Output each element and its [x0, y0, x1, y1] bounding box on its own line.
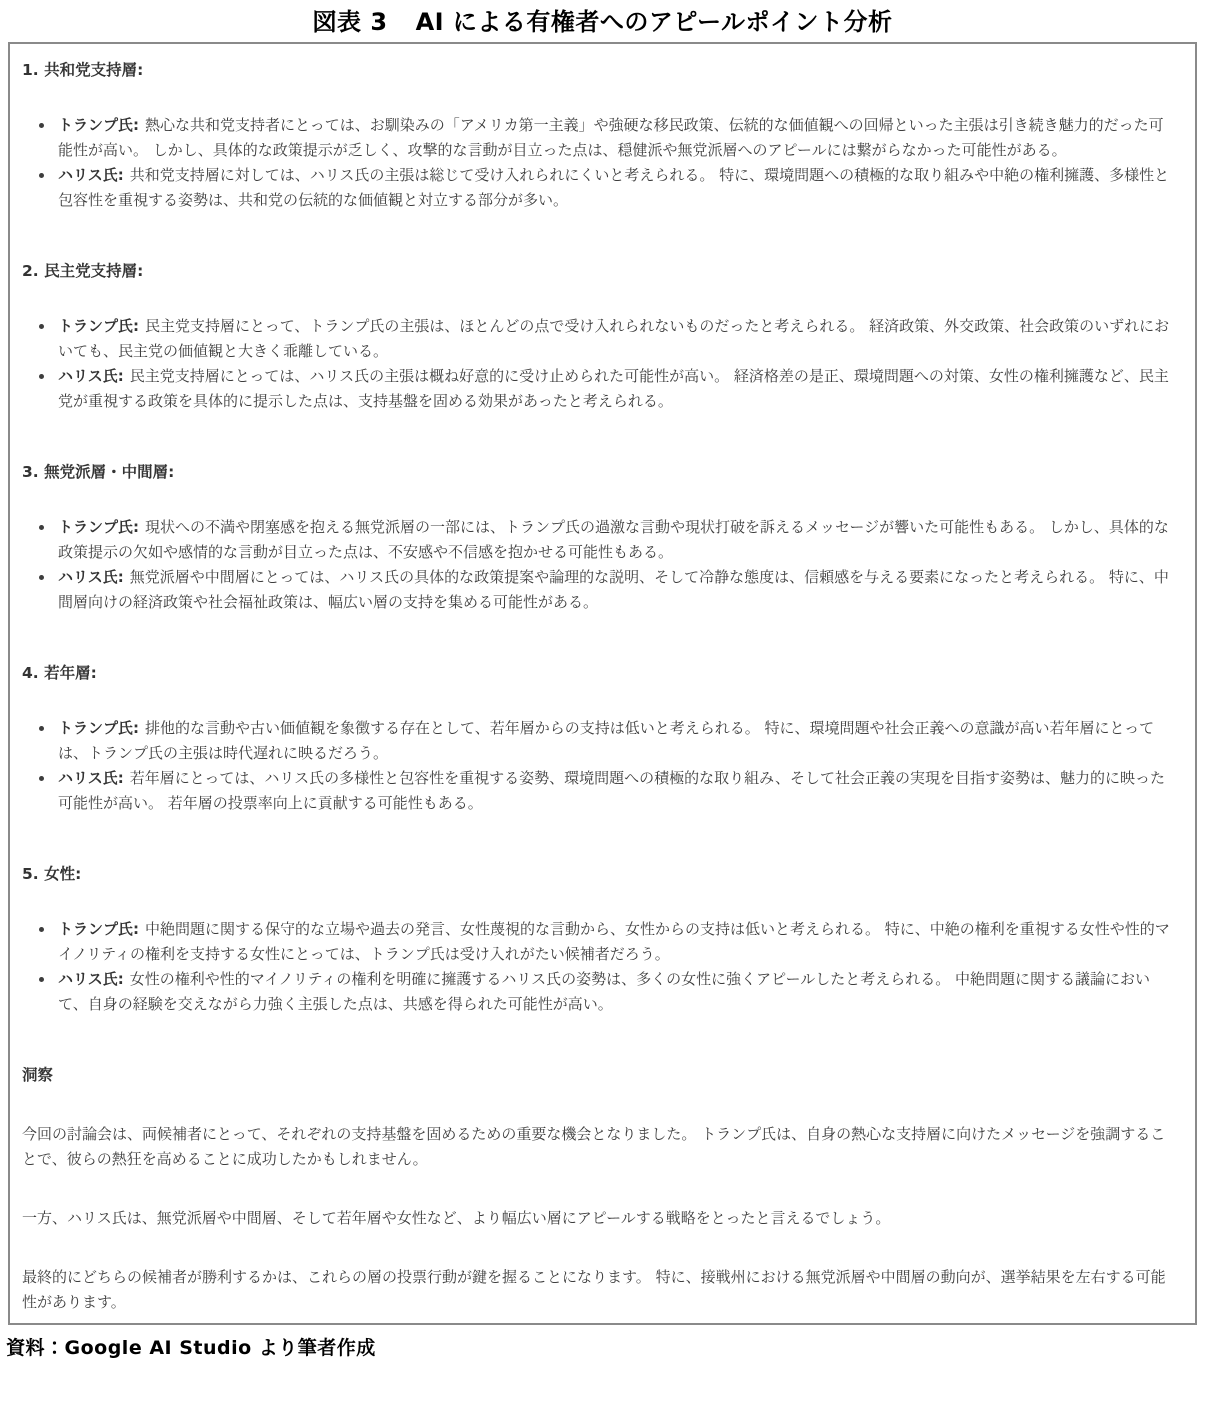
bullet-item: ハリス氏:共和党支持層に対しては、ハリス氏の主張は総じて受け入れられにくいと考え…: [55, 163, 1177, 213]
section-heading: 5. 女性:: [22, 862, 1177, 887]
bullet-text: 民主党支持層にとって、トランプ氏の主張は、ほとんどの点で受け入れられないものだっ…: [58, 317, 1169, 360]
bullet-text: 女性の権利や性的マイノリティの権利を明確に擁護するハリス氏の姿勢は、多くの女性に…: [58, 970, 1150, 1013]
insight-heading: 洞察: [22, 1063, 1177, 1088]
speaker-label: トランプ氏:: [58, 719, 139, 737]
section-youth: 4. 若年層: トランプ氏:排他的な言動や古い価値観を象徴する存在として、若年層…: [22, 661, 1177, 816]
section-democrat-supporters: 2. 民主党支持層: トランプ氏:民主党支持層にとって、トランプ氏の主張は、ほと…: [22, 259, 1177, 414]
speaker-label: トランプ氏:: [58, 518, 139, 536]
section-women: 5. 女性: トランプ氏:中絶問題に関する保守的な立場や過去の発言、女性蔑視的な…: [22, 862, 1177, 1017]
speaker-label: ハリス氏:: [58, 970, 124, 988]
section-insight: 洞察 今回の討論会は、両候補者にとって、それぞれの支持基盤を固めるための重要な機…: [22, 1063, 1177, 1315]
figure-title-text: AI による有権者へのアピールポイント分析: [416, 8, 893, 36]
speaker-label: ハリス氏:: [58, 769, 124, 787]
section-heading: 1. 共和党支持層:: [22, 58, 1177, 83]
bullet-text: 中絶問題に関する保守的な立場や過去の発言、女性蔑視的な言動から、女性からの支持は…: [58, 920, 1170, 963]
bullet-list: トランプ氏:排他的な言動や古い価値観を象徴する存在として、若年層からの支持は低い…: [22, 716, 1177, 816]
section-heading: 3. 無党派層・中間層:: [22, 460, 1177, 485]
analysis-panel: 1. 共和党支持層: トランプ氏:熱心な共和党支持者にとっては、お馴染みの「アメ…: [8, 42, 1197, 1325]
figure-title: 図表 3AI による有権者へのアピールポイント分析: [0, 0, 1205, 37]
bullet-list: トランプ氏:中絶問題に関する保守的な立場や過去の発言、女性蔑視的な言動から、女性…: [22, 917, 1177, 1017]
section-independents-middle: 3. 無党派層・中間層: トランプ氏:現状への不満や閉塞感を抱える無党派層の一部…: [22, 460, 1177, 615]
section-heading: 4. 若年層:: [22, 661, 1177, 686]
bullet-item: ハリス氏:無党派層や中間層にとっては、ハリス氏の具体的な政策提案や論理的な説明、…: [55, 565, 1177, 615]
section-republican-supporters: 1. 共和党支持層: トランプ氏:熱心な共和党支持者にとっては、お馴染みの「アメ…: [22, 58, 1177, 213]
bullet-item: トランプ氏:現状への不満や閉塞感を抱える無党派層の一部には、トランプ氏の過激な言…: [55, 515, 1177, 565]
bullet-text: 排他的な言動や古い価値観を象徴する存在として、若年層からの支持は低いと考えられる…: [58, 719, 1154, 762]
speaker-label: トランプ氏:: [58, 116, 139, 134]
bullet-text: 無党派層や中間層にとっては、ハリス氏の具体的な政策提案や論理的な説明、そして冷静…: [58, 568, 1169, 611]
bullet-text: 共和党支持層に対しては、ハリス氏の主張は総じて受け入れられにくいと考えられる。 …: [58, 166, 1169, 209]
bullet-text: 現状への不満や閉塞感を抱える無党派層の一部には、トランプ氏の過激な言動や現状打破…: [58, 518, 1169, 561]
bullet-item: トランプ氏:熱心な共和党支持者にとっては、お馴染みの「アメリカ第一主義」や強硬な…: [55, 113, 1177, 163]
bullet-text: 民主党支持層にとっては、ハリス氏の主張は概ね好意的に受け止められた可能性が高い。…: [58, 367, 1169, 410]
bullet-text: 熱心な共和党支持者にとっては、お馴染みの「アメリカ第一主義」や強硬な移民政策、伝…: [58, 116, 1164, 159]
insight-paragraph: 最終的にどちらの候補者が勝利するかは、これらの層の投票行動が鍵を握ることになりま…: [22, 1265, 1177, 1315]
figure-number: 図表 3: [313, 8, 388, 36]
bullet-item: ハリス氏:若年層にとっては、ハリス氏の多様性と包容性を重視する姿勢、環境問題への…: [55, 766, 1177, 816]
bullet-list: トランプ氏:現状への不満や閉塞感を抱える無党派層の一部には、トランプ氏の過激な言…: [22, 515, 1177, 615]
bullet-list: トランプ氏:民主党支持層にとって、トランプ氏の主張は、ほとんどの点で受け入れられ…: [22, 314, 1177, 414]
speaker-label: ハリス氏:: [58, 568, 124, 586]
figure-page: 図表 3AI による有権者へのアピールポイント分析 1. 共和党支持層: トラン…: [0, 0, 1205, 1423]
insight-paragraph: 一方、ハリス氏は、無党派層や中間層、そして若年層や女性など、より幅広い層にアピー…: [22, 1206, 1177, 1231]
bullet-item: トランプ氏:中絶問題に関する保守的な立場や過去の発言、女性蔑視的な言動から、女性…: [55, 917, 1177, 967]
section-heading: 2. 民主党支持層:: [22, 259, 1177, 284]
bullet-text: 若年層にとっては、ハリス氏の多様性と包容性を重視する姿勢、環境問題への積極的な取…: [58, 769, 1165, 812]
bullet-item: ハリス氏:女性の権利や性的マイノリティの権利を明確に擁護するハリス氏の姿勢は、多…: [55, 967, 1177, 1017]
bullet-item: トランプ氏:排他的な言動や古い価値観を象徴する存在として、若年層からの支持は低い…: [55, 716, 1177, 766]
speaker-label: ハリス氏:: [58, 367, 124, 385]
bullet-item: ハリス氏:民主党支持層にとっては、ハリス氏の主張は概ね好意的に受け止められた可能…: [55, 364, 1177, 414]
bullet-item: トランプ氏:民主党支持層にとって、トランプ氏の主張は、ほとんどの点で受け入れられ…: [55, 314, 1177, 364]
source-note: 資料：Google AI Studio より筆者作成: [6, 1333, 1205, 1360]
insight-paragraph: 今回の討論会は、両候補者にとって、それぞれの支持基盤を固めるための重要な機会とな…: [22, 1122, 1177, 1172]
speaker-label: トランプ氏:: [58, 317, 139, 335]
speaker-label: トランプ氏:: [58, 920, 139, 938]
bullet-list: トランプ氏:熱心な共和党支持者にとっては、お馴染みの「アメリカ第一主義」や強硬な…: [22, 113, 1177, 213]
speaker-label: ハリス氏:: [58, 166, 124, 184]
